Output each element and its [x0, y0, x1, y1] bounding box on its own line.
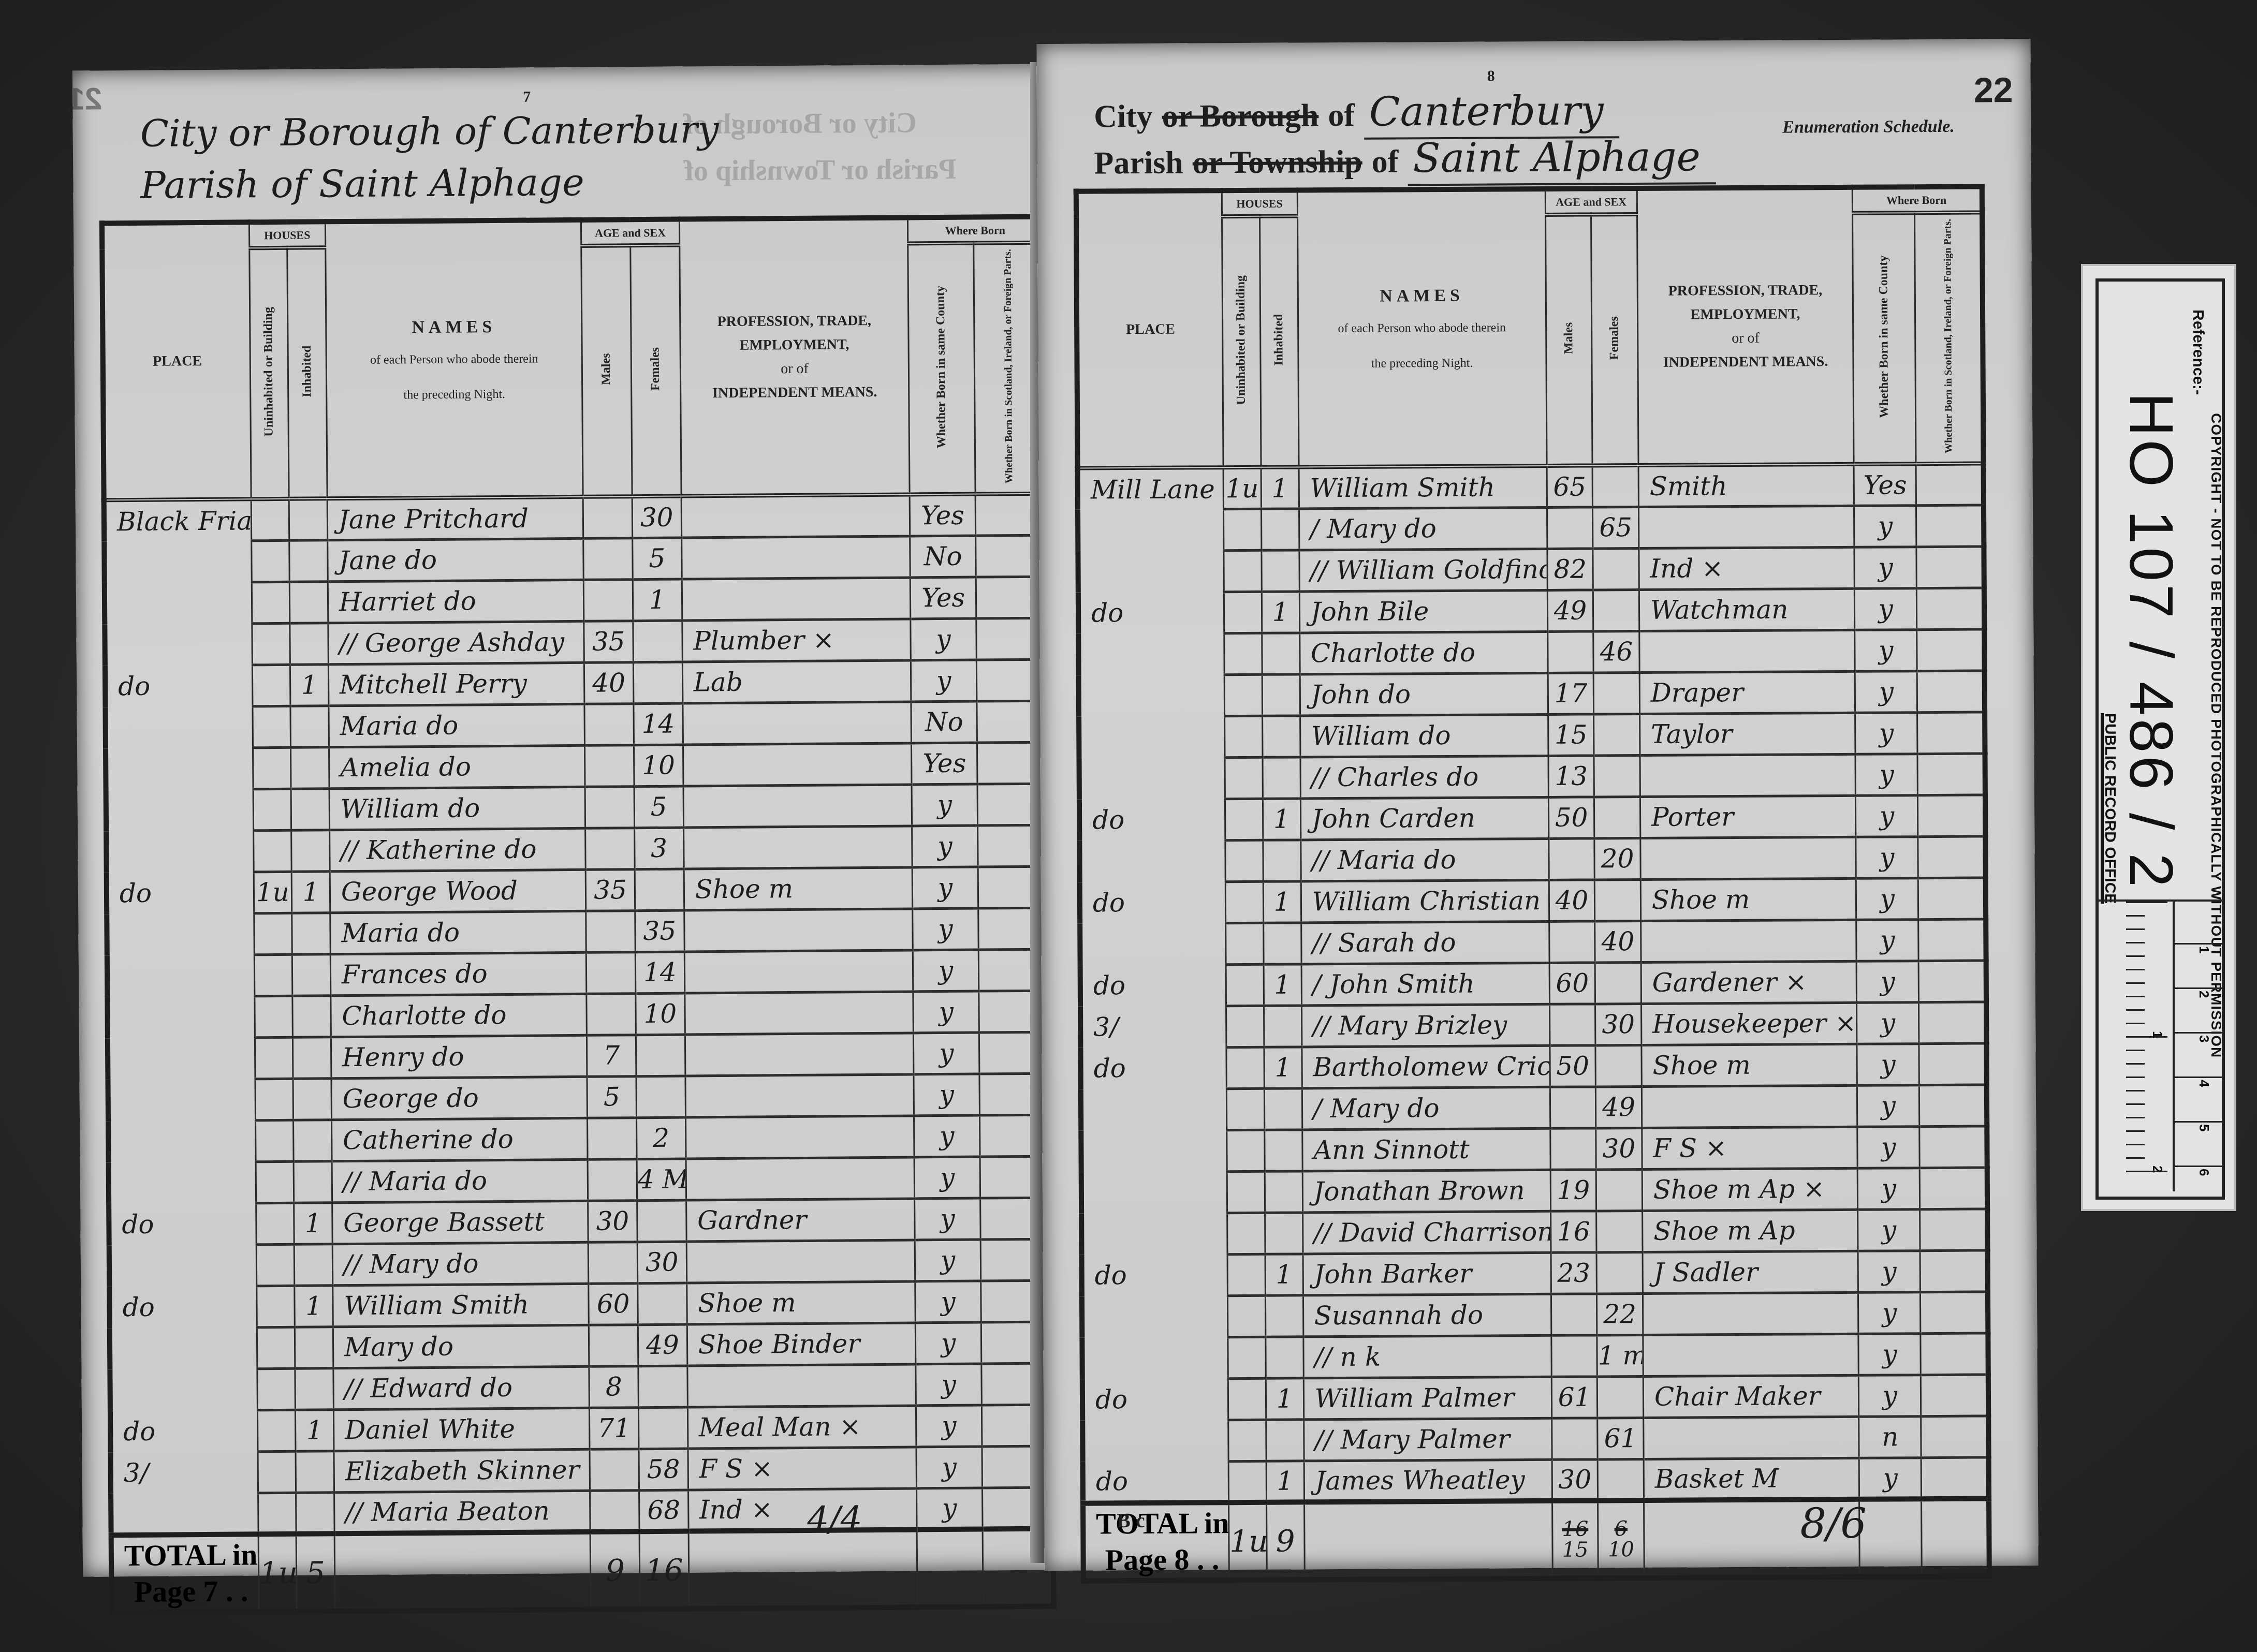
- occupation-cell: Shoe m: [686, 1281, 915, 1324]
- male-age-cell: [587, 994, 636, 1036]
- left-parish-heading: Parish of Saint Alphage: [140, 160, 584, 207]
- census-row: Black FriarsJane Pritchard30Yes: [104, 494, 1047, 542]
- place-cell: [1079, 840, 1225, 882]
- census-row: William do5y: [106, 784, 1049, 832]
- female-age-cell: 22: [1597, 1293, 1643, 1335]
- female-age-cell: [636, 1035, 685, 1076]
- born-same-county-cell: y: [1856, 878, 1918, 920]
- female-age-cell: [636, 1076, 685, 1118]
- uninhabited-cell: [1224, 550, 1262, 592]
- col-names: NAMES of each Person who abode therein t…: [1297, 189, 1547, 467]
- uninhabited-cell: [256, 1244, 295, 1286]
- inhabited-cell: 1: [294, 1203, 332, 1245]
- inhabited-cell: [1262, 550, 1299, 592]
- occupation-cell: F S ×: [688, 1447, 917, 1490]
- place-cell: do: [1082, 1255, 1228, 1296]
- census-row: Maria do35y: [107, 908, 1049, 956]
- female-age-cell: 30: [1595, 1004, 1642, 1045]
- name-cell: William do: [329, 787, 585, 830]
- occupation-cell: [1643, 1334, 1859, 1376]
- place-cell: [104, 541, 252, 583]
- place-cell: do: [1080, 965, 1226, 1007]
- inhabited-cell: [1261, 509, 1299, 550]
- born-same-county-cell: y: [1857, 1002, 1919, 1044]
- occupation-cell: [683, 785, 912, 828]
- male-age-cell: [590, 1449, 639, 1491]
- uninhabited-cell: [255, 1037, 293, 1079]
- male-age-cell: 17: [1548, 673, 1594, 714]
- female-age-cell: 35: [635, 910, 684, 952]
- male-age-cell: 23: [1551, 1252, 1597, 1294]
- name-cell: Frances do: [330, 952, 587, 995]
- census-row: // Katherine do3y: [106, 825, 1049, 873]
- born-same-county-cell: y: [1858, 1210, 1920, 1251]
- born-elsewhere-cell: [1920, 1209, 1988, 1251]
- census-row: Susannah do22y: [1082, 1292, 1988, 1338]
- male-age-cell: 60: [1549, 963, 1595, 1004]
- census-row: // Charles do13y: [1079, 754, 1985, 800]
- female-age-cell: 58: [639, 1449, 688, 1491]
- occupation-cell: Draper: [1639, 671, 1855, 714]
- inhabited-cell: [1265, 1295, 1303, 1337]
- inhabited-cell: [291, 747, 329, 789]
- female-age-cell: [633, 662, 682, 704]
- inhabited-cell: [295, 1327, 333, 1369]
- male-age-cell: 60: [589, 1284, 638, 1325]
- place-cell: [1078, 633, 1224, 675]
- name-cell: George Wood: [330, 869, 586, 912]
- born-same-county-cell: y: [1858, 1292, 1921, 1334]
- name-cell: // Katherine do: [329, 828, 585, 871]
- census-row: do1Mitchell Perry40Laby: [105, 659, 1048, 707]
- female-age-cell: 49: [638, 1324, 687, 1366]
- parish-heading: Parish or Township of Saint Alphage: [1094, 134, 1716, 187]
- uninhabited-cell: [256, 1161, 294, 1203]
- census-row: do1John Barker23J Sadlery: [1082, 1250, 1988, 1296]
- inhabited-cell: [1265, 1171, 1302, 1213]
- uninhabited-cell: [1228, 1337, 1266, 1378]
- place-cell: [105, 624, 252, 666]
- census-row: George do5y: [108, 1073, 1050, 1122]
- uninhabited-cell: [251, 540, 289, 582]
- name-cell: John do: [1300, 673, 1548, 716]
- uninhabited-cell: [256, 1286, 295, 1328]
- inhabited-cell: [295, 1368, 333, 1410]
- male-age-cell: 40: [584, 662, 634, 704]
- name-cell: John Barker: [1303, 1252, 1551, 1295]
- uninhabited-cell: [1225, 757, 1263, 799]
- male-age-cell: [583, 538, 633, 580]
- place-cell: [111, 1493, 258, 1536]
- uninhabited-cell: [253, 789, 291, 831]
- born-same-county-cell: y: [915, 1240, 981, 1281]
- place-cell: [110, 1369, 257, 1411]
- name-cell: // Edward do: [333, 1366, 590, 1409]
- ruler-cm-divider: [2175, 987, 2222, 989]
- place-cell: [106, 748, 253, 790]
- inhabited-cell: 1: [1263, 799, 1300, 840]
- inhabited-cell: [290, 623, 328, 665]
- place-cell: [1081, 1213, 1227, 1255]
- occupation-cell: [684, 909, 913, 952]
- uninhabited-cell: [258, 1451, 296, 1493]
- reference-code: HO 107 / 486 / 2: [2116, 392, 2186, 890]
- census-row: do1William Christian40Shoe my: [1080, 878, 1986, 924]
- name-cell: // Mary do: [332, 1242, 589, 1285]
- name-cell: // George Ashday: [328, 621, 584, 664]
- uninhabited-cell: [257, 1410, 296, 1452]
- born-same-county-cell: y: [916, 1405, 982, 1447]
- born-same-county-cell: y: [1858, 1251, 1920, 1293]
- born-same-county-cell: y: [911, 618, 976, 660]
- female-age-cell: 5: [633, 538, 682, 580]
- male-age-cell: [585, 745, 634, 787]
- uninhabited-cell: [1224, 716, 1262, 757]
- born-elsewhere-cell: [1921, 1416, 1989, 1458]
- name-cell: William Smith: [1299, 466, 1547, 509]
- ruler-inch-label: 1: [2149, 1031, 2165, 1038]
- uninhabited-cell: [258, 1493, 296, 1535]
- place-cell: [107, 913, 254, 956]
- ruler-cm-divider: [2175, 1166, 2222, 1167]
- female-age-cell: 61: [1598, 1418, 1644, 1459]
- born-same-county-cell: y: [917, 1488, 983, 1530]
- female-age-cell: 30: [637, 1242, 686, 1284]
- place-cell: [1082, 1296, 1228, 1338]
- occupation-cell: Smith: [1638, 464, 1854, 507]
- male-age-cell: 19: [1550, 1170, 1596, 1211]
- inhabited-cell: [289, 582, 328, 624]
- place-cell: [109, 1245, 257, 1287]
- uninhabited-cell: [251, 499, 289, 541]
- born-elsewhere-cell: [1917, 629, 1985, 671]
- place-cell: [1078, 509, 1224, 551]
- uninhabited-cell: [1225, 881, 1263, 923]
- name-cell: / Mary do: [1299, 507, 1547, 550]
- name-cell: John Bile: [1299, 590, 1548, 633]
- col-males: Males: [1545, 215, 1592, 466]
- microfilm-frame: 21 7 City or Borough of Parish or Townsh…: [0, 0, 2257, 1652]
- name-cell: // Maria do: [1300, 838, 1549, 881]
- name-cell: // Maria Beaton: [334, 1491, 590, 1533]
- uninhabited-cell: [1225, 799, 1263, 840]
- male-age-cell: [587, 952, 636, 994]
- total-females: 610: [1598, 1500, 1644, 1578]
- born-elsewhere-cell: [1921, 1457, 1989, 1499]
- name-cell: Catherine do: [331, 1118, 588, 1161]
- occupation-cell: Shoe m Ap ×: [1642, 1168, 1858, 1211]
- reference-slip: Reference:- HO 107 / 486 / 2 PUBLIC RECO…: [2081, 264, 2236, 1211]
- born-elsewhere-cell: [1919, 1043, 1987, 1085]
- male-age-cell: 15: [1548, 714, 1594, 756]
- uninhabited-cell: [1227, 1254, 1265, 1295]
- uninhabited-cell: [1224, 592, 1262, 633]
- ruler-cm-label: 3: [2196, 1035, 2212, 1042]
- male-age-cell: [590, 1491, 639, 1532]
- col-houses: HOUSES: [249, 222, 326, 248]
- male-age-cell: 30: [588, 1201, 637, 1243]
- parish-value: Saint Alphage: [1408, 134, 1716, 186]
- place-cell: [1080, 923, 1226, 965]
- name-cell: Jane Pritchard: [327, 497, 583, 540]
- census-row: // George Ashday35Plumber ×y: [105, 618, 1047, 666]
- male-age-cell: 61: [1551, 1377, 1598, 1418]
- census-row: / Mary do65y: [1078, 505, 1984, 551]
- occupation-cell: [687, 1364, 916, 1407]
- census-row: Catherine do2y: [108, 1115, 1051, 1163]
- male-age-cell: 71: [590, 1408, 639, 1450]
- col-age-sex: AGE and SEX: [581, 219, 680, 246]
- uninhabited-cell: [1226, 1006, 1264, 1047]
- born-same-county-cell: y: [1855, 671, 1917, 713]
- male-age-cell: [588, 1242, 637, 1284]
- occupation-cell: [683, 826, 912, 869]
- inhabited-cell: [294, 1161, 332, 1203]
- place-cell: [1082, 1420, 1228, 1462]
- right-bottom-note: 8/6: [1800, 1499, 1867, 1548]
- place-cell: do: [1080, 882, 1226, 924]
- occupation-cell: [682, 578, 911, 621]
- female-age-cell: 3: [635, 828, 684, 869]
- place-cell: [108, 1079, 255, 1122]
- occupation-cell: [686, 1157, 915, 1200]
- born-same-county-cell: y: [914, 1032, 979, 1074]
- male-age-cell: 5: [587, 1076, 636, 1118]
- inhabited-cell: [291, 830, 330, 872]
- male-age-cell: 30: [1552, 1459, 1598, 1501]
- born-same-county-cell: Yes: [910, 494, 976, 536]
- female-age-cell: 30: [632, 496, 681, 538]
- place-cell: [107, 955, 255, 997]
- born-same-county-cell: y: [912, 825, 978, 867]
- occupation-cell: Watchman: [1639, 588, 1855, 631]
- census-row: Ann Sinnott30F S ×y: [1081, 1126, 1987, 1172]
- ruler-cm-label: 4: [2196, 1080, 2212, 1087]
- bleed-through-line2: Parish or Township of: [684, 153, 957, 188]
- occupation-cell: [1639, 630, 1855, 672]
- col-uninhabited: Uninhabited or Building: [1222, 216, 1261, 468]
- place-cell: [1081, 1130, 1227, 1172]
- occupation-cell: [684, 950, 913, 993]
- inhabited-cell: [292, 913, 330, 955]
- name-cell: // David Charrison: [1302, 1211, 1551, 1254]
- male-age-cell: 35: [585, 869, 635, 911]
- occupation-cell: Shoe Binder: [687, 1323, 916, 1366]
- name-cell: // Maria do: [332, 1159, 588, 1202]
- uninhabited-cell: [255, 1120, 294, 1162]
- place-cell: [1079, 716, 1225, 758]
- occupation-cell: Taylor: [1639, 713, 1855, 755]
- census-row: // William Goldfinch82Ind ×y: [1078, 547, 1984, 593]
- occupation-cell: [1640, 754, 1856, 797]
- ruler-tick: [2126, 996, 2145, 997]
- place-cell: [1081, 1172, 1227, 1214]
- born-same-county-cell: y: [1854, 506, 1916, 548]
- male-age-cell: [583, 497, 632, 539]
- male-age-cell: [1551, 1418, 1598, 1459]
- born-same-county-cell: y: [1858, 1334, 1921, 1376]
- census-row: 3/// Mary Brizley30Housekeeper ×y: [1080, 1002, 1986, 1048]
- total-row-left: TOTAL inPage 7 . . 1u 5 9 16: [111, 1529, 1054, 1613]
- inhabited-cell: [1266, 1420, 1303, 1461]
- uninhabited-cell: [1228, 1378, 1266, 1420]
- reference-label: Reference:-: [2189, 309, 2207, 395]
- col-males: Males: [581, 246, 632, 497]
- uninhabited-cell: [1227, 1130, 1265, 1171]
- born-same-county-cell: y: [1857, 1127, 1919, 1169]
- name-cell: Mary do: [333, 1325, 589, 1368]
- inhabited-cell: 1: [295, 1286, 333, 1328]
- census-row: Charlotte do10y: [107, 991, 1050, 1039]
- col-same-county: Whether Born in same County: [1853, 213, 1916, 464]
- born-same-county-cell: y: [913, 950, 979, 992]
- female-age-cell: 1 month: [1597, 1335, 1643, 1376]
- place-cell: [109, 1162, 256, 1204]
- col-profession: PROFESSION, TRADE, EMPLOYMENT, or of IND…: [1637, 187, 1854, 466]
- female-age-cell: [635, 869, 684, 911]
- census-row: // Maria do20y: [1079, 836, 1985, 882]
- total-females: 16: [639, 1531, 689, 1609]
- born-same-county-cell: y: [916, 1364, 981, 1406]
- male-age-cell: 65: [1547, 466, 1593, 507]
- uninhabited-cell: [255, 1079, 294, 1120]
- inhabited-cell: 1: [1266, 1461, 1304, 1502]
- female-age-cell: 4 Mth: [637, 1159, 686, 1201]
- col-same-county: Whether Born in same County: [908, 243, 975, 495]
- born-elsewhere-cell: [1919, 1002, 1987, 1044]
- place-cell: do: [109, 1203, 256, 1246]
- female-age-cell: 20: [1594, 838, 1640, 879]
- col-where-born: Where Born: [908, 217, 1044, 244]
- uninhabited-cell: [254, 996, 292, 1038]
- ruler-cm-divider: [2175, 1076, 2222, 1078]
- female-age-cell: [637, 1200, 686, 1242]
- place-cell: do: [105, 665, 253, 707]
- place-cell: [108, 1038, 255, 1080]
- census-row: do1William Smith60Shoe my: [109, 1280, 1052, 1329]
- inhabited-cell: [291, 789, 329, 831]
- name-cell: Elizabeth Skinner: [334, 1449, 590, 1492]
- census-row: do1Daniel White71Meal Man ×y: [110, 1405, 1053, 1453]
- born-same-county-cell: y: [916, 1322, 981, 1364]
- uninhabited-cell: [252, 665, 290, 706]
- born-elsewhere-cell: [1921, 1292, 1988, 1334]
- uninhabited-cell: [1228, 1461, 1266, 1502]
- born-same-county-cell: Yes: [1854, 464, 1916, 506]
- born-same-county-cell: y: [1859, 1375, 1921, 1417]
- name-cell: Amelia do: [329, 745, 585, 788]
- census-rows-left: Black FriarsJane Pritchard30YesJane do5N…: [104, 494, 1053, 1536]
- name-cell: // Mary Palmer: [1303, 1418, 1552, 1461]
- name-cell: Daniel White: [333, 1408, 590, 1451]
- place-cell: [107, 996, 255, 1039]
- total-males: 1615: [1552, 1501, 1598, 1579]
- ruler-tick: [2126, 915, 2145, 917]
- born-same-county-cell: y: [915, 1198, 980, 1240]
- inhabited-cell: [1263, 757, 1300, 799]
- col-inhabited: Inhabited: [287, 248, 327, 499]
- female-age-cell: 49: [1596, 1086, 1642, 1128]
- occupation-cell: Housekeeper ×: [1641, 1002, 1857, 1045]
- place-cell: [1079, 758, 1225, 800]
- born-elsewhere-cell: [1917, 712, 1985, 754]
- census-row: do1John Bile49Watchmany: [1078, 588, 1984, 634]
- total-inhabited: 5: [296, 1534, 335, 1612]
- female-age-cell: 5: [634, 786, 683, 828]
- place-cell: do: [1080, 1048, 1226, 1089]
- census-row: // n k1 monthy: [1082, 1333, 1988, 1379]
- place-cell: do: [110, 1410, 258, 1453]
- female-age-cell: [1594, 714, 1640, 755]
- place-cell: do: [1083, 1462, 1229, 1503]
- occupation-cell: Ind ×: [688, 1488, 917, 1531]
- bleed-through-folio: 21: [67, 81, 102, 116]
- born-same-county-cell: y: [914, 1074, 979, 1116]
- ruler-tick: [2126, 955, 2145, 957]
- male-age-cell: [585, 828, 635, 870]
- male-age-cell: [588, 1118, 637, 1160]
- born-elsewhere-cell: [1919, 1085, 1987, 1127]
- uninhabited-cell: [257, 1368, 295, 1410]
- male-age-cell: [1550, 1128, 1596, 1170]
- uninhabited-cell: [1225, 840, 1263, 881]
- left-bottom-note: 4/4: [807, 1499, 862, 1539]
- female-age-cell: [1594, 797, 1640, 838]
- born-elsewhere-cell: [1918, 919, 1986, 961]
- uninhabited-cell: [1228, 1420, 1266, 1461]
- name-cell: William Palmer: [1303, 1377, 1552, 1420]
- ruler-tick: [2126, 1023, 2145, 1024]
- bottom-left-note: B c: [1117, 1508, 1145, 1532]
- inhabited-cell: [294, 1244, 332, 1286]
- place-cell: [108, 1120, 256, 1163]
- ruler-cm-label: 1: [2196, 946, 2212, 953]
- name-cell: George do: [331, 1076, 588, 1119]
- born-same-county-cell: y: [911, 660, 977, 702]
- inhabited-cell: [1263, 923, 1301, 964]
- uninhabited-cell: [1226, 1088, 1264, 1130]
- place-cell: [1078, 551, 1224, 593]
- record-office-label: PUBLIC RECORD OFFICE: [2101, 713, 2119, 904]
- col-inhabited: Inhabited: [1259, 216, 1298, 468]
- census-row: // David Charrison16Shoe m Apy: [1081, 1209, 1987, 1255]
- male-age-cell: [1551, 1294, 1597, 1335]
- ruler-cm-label: 6: [2196, 1169, 2212, 1176]
- inhabited-cell: [293, 1079, 331, 1120]
- inhabited-cell: 1: [1264, 964, 1301, 1006]
- occupation-cell: Gardner: [686, 1199, 915, 1242]
- inhabited-cell: [1262, 633, 1299, 674]
- col-where-born: Where Born: [1853, 186, 1982, 213]
- uninhabited-cell: [1226, 964, 1264, 1006]
- col-profession: PROFESSION, TRADE, EMPLOYMENT, or of IND…: [679, 217, 910, 496]
- place-cell: [1082, 1337, 1228, 1379]
- occupation-cell: Gardener ×: [1641, 961, 1857, 1004]
- right-page: 8 22 City or Borough of Canterbury Paris…: [1036, 39, 2038, 1571]
- name-cell: Maria do: [330, 911, 587, 954]
- born-elsewhere-cell: [1918, 795, 1986, 837]
- male-age-cell: [1547, 631, 1593, 673]
- census-row: // Mary do30y: [109, 1239, 1052, 1287]
- uninhabited-cell: [253, 747, 291, 789]
- name-cell: William Christian: [1301, 880, 1549, 923]
- place-cell: [1081, 1089, 1227, 1131]
- occupation-cell: [681, 536, 910, 579]
- female-age-cell: [1595, 962, 1641, 1004]
- female-age-cell: 14: [634, 703, 683, 745]
- male-age-cell: 35: [584, 621, 633, 663]
- name-cell: Bartholomew Cricket: [1302, 1045, 1550, 1088]
